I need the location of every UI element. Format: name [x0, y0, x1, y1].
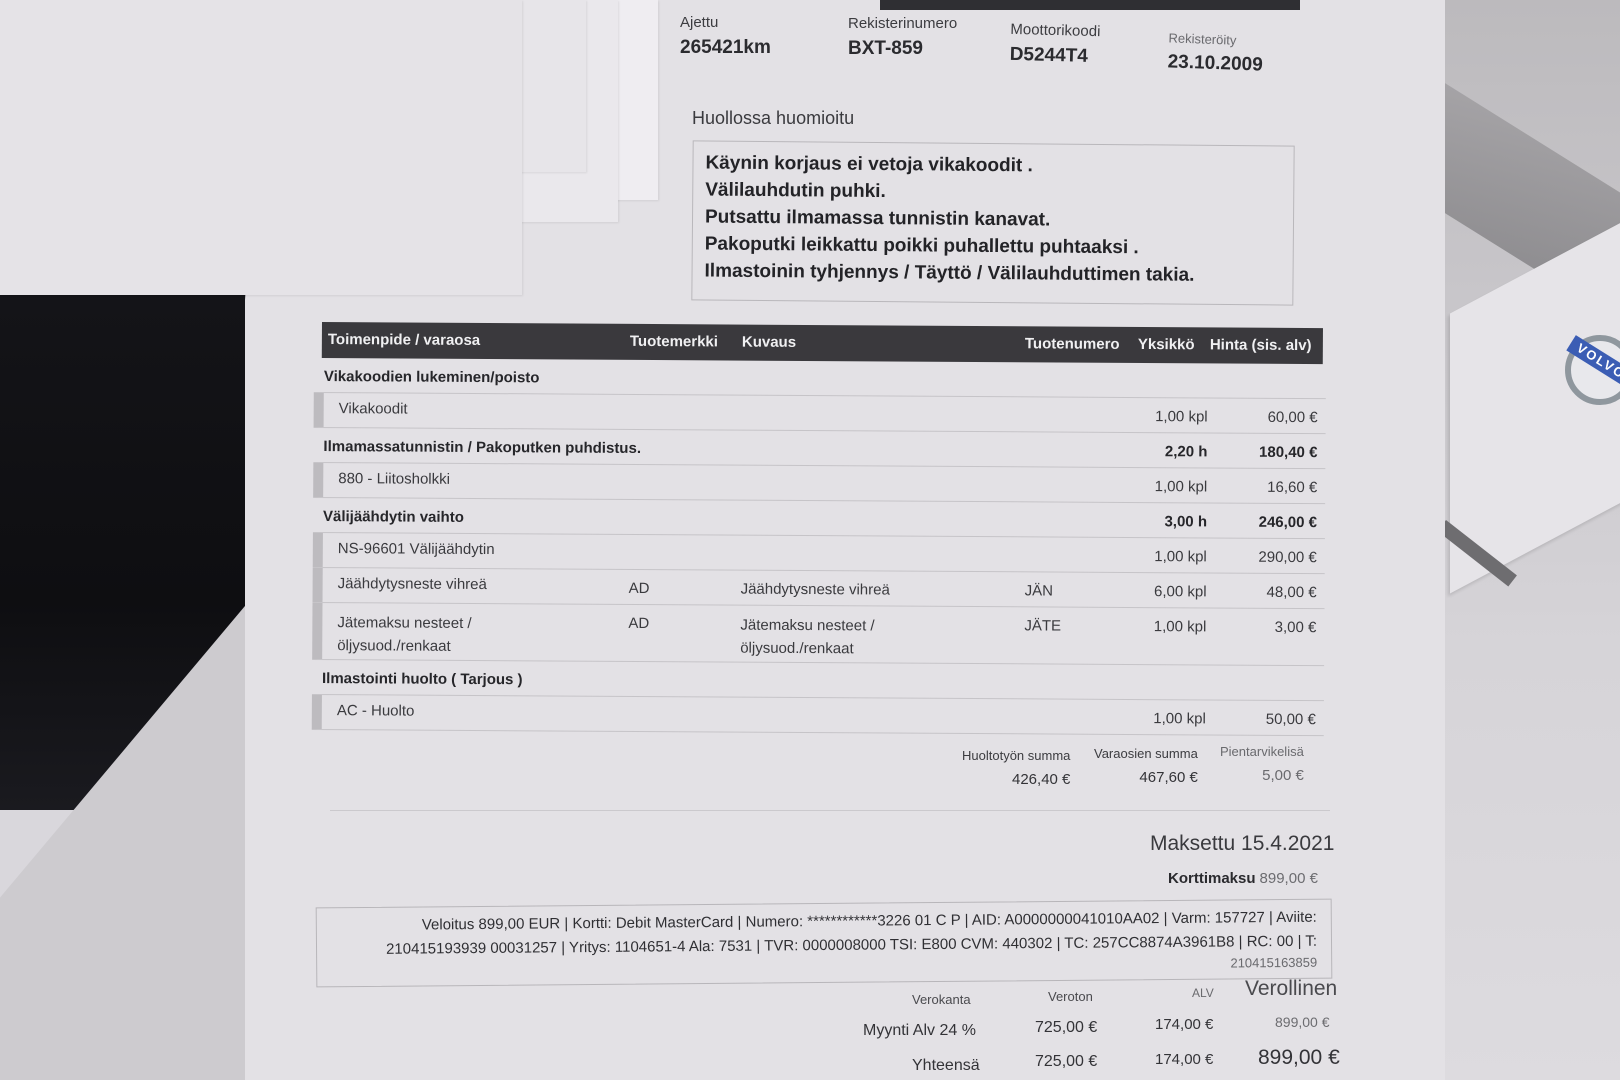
row-name: Ilmamassatunnistin / Pakoputken puhdistu…: [323, 438, 641, 457]
vat-total-gross: 899,00 €: [1258, 1046, 1340, 1070]
parts-sum-label: Varaosien summa: [1094, 746, 1198, 761]
table-row: Jätemaksu nesteet / öljysuod./renkaatADJ…: [312, 603, 1324, 666]
col-unit: Yksikkö: [1138, 336, 1195, 353]
vat-total-vat: 174,00 €: [1155, 1051, 1213, 1068]
vat-header-net: Veroton: [1048, 989, 1093, 1004]
row-unit: 1,00 kpl: [1154, 618, 1207, 635]
divider: [330, 810, 1330, 811]
row-description: Jäähdytysneste vihreä: [741, 581, 890, 599]
mileage-value: 265421km: [680, 37, 771, 59]
vat-header-vat: ALV: [1192, 986, 1214, 1000]
col-product-number: Tuotenumero: [1025, 335, 1120, 353]
row-price: 48,00 €: [1266, 584, 1316, 601]
row-name: Ilmastointi huolto ( Tarjous ): [322, 670, 523, 688]
note-line: Ilmastoinin tyhjennys / Täyttö / Välilau…: [704, 257, 1280, 289]
row-unit: 6,00 kpl: [1154, 583, 1207, 600]
vat-total-net: 725,00 €: [1035, 1053, 1097, 1071]
registered-label: Rekisteröity: [1168, 30, 1264, 48]
row-price: 246,00 €: [1259, 514, 1317, 531]
card-transaction-box: Veloitus 899,00 EUR | Kortti: Debit Mast…: [316, 899, 1333, 988]
volvo-logo-text: VOLVO: [1566, 335, 1620, 393]
engine-code-field: Moottorikoodi D5244T4: [1009, 21, 1100, 68]
vat-header-gross: Verollinen: [1245, 977, 1337, 1001]
row-name: 880 - Liitosholkki: [338, 468, 450, 491]
row-name: Vikakoodit: [339, 398, 408, 420]
table-row: AC - Huolto1,00 kpl50,00 €: [312, 695, 1324, 736]
engine-code-label: Moottorikoodi: [1010, 21, 1100, 40]
supplies-sum-label: Pientarvikelisä: [1220, 744, 1304, 759]
vat-row-gross: 899,00 €: [1275, 1014, 1330, 1030]
labor-sum-value: 426,40 €: [962, 771, 1070, 788]
card-payment: Korttimaksu899,00 €: [1168, 870, 1318, 887]
row-price: 16,60 €: [1267, 479, 1317, 496]
registration-value: BXT-859: [848, 38, 957, 60]
row-unit: 1,00 kpl: [1154, 548, 1207, 565]
row-product-number: JÄTE: [1024, 617, 1061, 634]
row-unit: 1,00 kpl: [1155, 408, 1208, 425]
row-price: 50,00 €: [1266, 711, 1316, 728]
registration-field: Rekisterinumero BXT-859: [848, 15, 957, 60]
col-price: Hinta (sis. alv): [1210, 336, 1312, 354]
table-header: Toimenpide / varaosa Tuotemerkki Kuvaus …: [322, 322, 1323, 364]
vat-row-vat: 174,00 €: [1155, 1016, 1213, 1033]
row-product-number: JÄN: [1025, 582, 1053, 599]
labor-sum: Huoltotyön summa 426,40 €: [962, 748, 1070, 788]
vat-header-rate: Verokanta: [912, 992, 971, 1007]
col-operation: Toimenpide / varaosa: [328, 331, 480, 349]
row-price: 60,00 €: [1268, 409, 1318, 426]
row-unit: 3,00 h: [1164, 513, 1207, 530]
registered-value: 23.10.2009: [1167, 51, 1263, 76]
paid-date: Maksettu 15.4.2021: [1150, 832, 1334, 856]
row-name: NS-96601 Välijäähdytin: [338, 538, 495, 561]
registered-field: Rekisteröity 23.10.2009: [1167, 30, 1264, 76]
row-name: Jätemaksu nesteet / öljysuod./renkaat: [337, 611, 517, 658]
row-unit: 1,00 kpl: [1155, 478, 1208, 495]
registration-label: Rekisterinumero: [848, 15, 957, 32]
supplies-sum-value: 5,00 €: [1220, 767, 1304, 784]
vat-total-label: Yhteensä: [912, 1057, 980, 1075]
row-name: AC - Huolto: [337, 700, 415, 722]
row-name: Vikakoodien lukeminen/poisto: [324, 368, 540, 386]
engine-code-value: D5244T4: [1009, 44, 1100, 68]
row-price: 180,40 €: [1259, 444, 1317, 461]
row-name: Välijäähdytin vaihto: [323, 508, 464, 526]
parts-sum-value: 467,60 €: [1094, 769, 1198, 786]
table-body: Vikakoodien lukeminen/poistoVikakoodit1,…: [312, 358, 1326, 736]
labor-sum-label: Huoltotyön summa: [962, 748, 1070, 763]
mileage-label: Ajettu: [680, 14, 771, 31]
vat-row-net: 725,00 €: [1035, 1019, 1097, 1037]
supplies-sum: Pientarvikelisä 5,00 €: [1220, 744, 1304, 784]
card-payment-amount: 899,00 €: [1260, 870, 1318, 887]
notes-box: Käynin korjaus ei vetoja vikakoodit . Vä…: [691, 140, 1294, 305]
row-brand: AD: [629, 580, 650, 597]
row-price: 3,00 €: [1275, 619, 1317, 636]
card-payment-label: Korttimaksu: [1168, 870, 1256, 887]
col-description: Kuvaus: [742, 334, 796, 351]
row-price: 290,00 €: [1258, 549, 1316, 566]
vat-row-rate: Myynti Alv 24 %: [863, 1022, 976, 1040]
row-unit: 2,20 h: [1165, 443, 1208, 460]
row-brand: AD: [628, 615, 649, 632]
header-bar: [880, 0, 1300, 10]
row-name: Jäähdytysneste vihreä: [338, 573, 487, 596]
mileage-field: Ajettu 265421km: [680, 14, 771, 59]
parts-sum: Varaosien summa 467,60 €: [1094, 746, 1198, 786]
col-brand: Tuotemerkki: [630, 333, 718, 351]
notes-title: Huollossa huomioitu: [692, 108, 854, 129]
envelope: [0, 0, 522, 295]
row-description: Jätemaksu nesteet / öljysuod./renkaat: [740, 614, 920, 661]
row-unit: 1,00 kpl: [1153, 710, 1206, 727]
